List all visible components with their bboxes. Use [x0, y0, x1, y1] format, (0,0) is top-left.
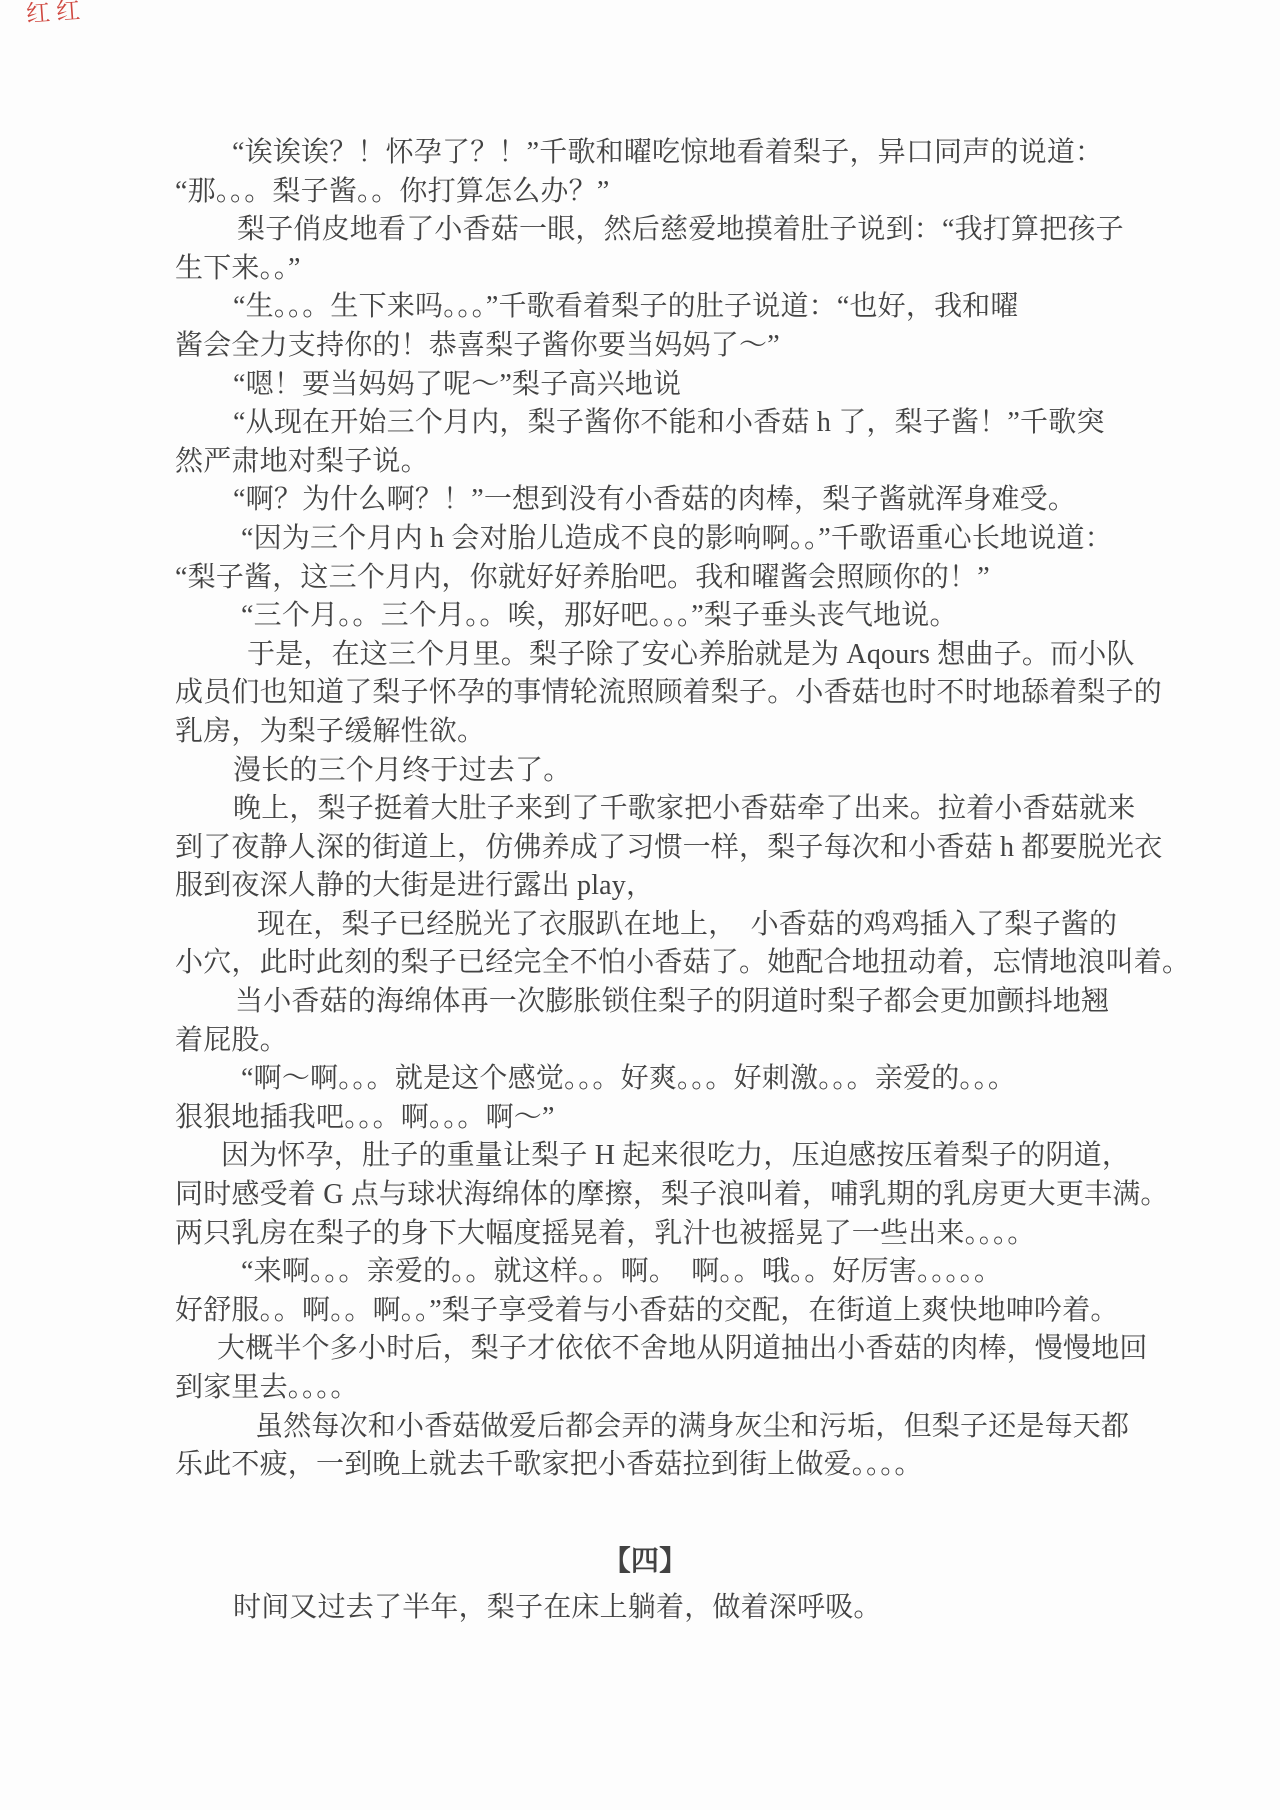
text-line: 晚上，梨子挺着大肚子来到了千歌家把小香菇牵了出来。拉着小香菇就来	[175, 790, 1115, 829]
text-line: 大概半个多小时后，梨子才依依不舍地从阴道抽出小香菇的肉棒，慢慢地回	[175, 1330, 1115, 1369]
text-line: 乳房，为梨子缓解性欲。	[175, 713, 1115, 752]
text-line: 到了夜静人深的街道上，仿佛养成了习惯一样，梨子每次和小香菇 h 都要脱光衣	[175, 829, 1115, 868]
text-line: 成员们也知道了梨子怀孕的事情轮流照顾着梨子。小香菇也时不时地舔着梨子的	[175, 674, 1115, 713]
text-line: 酱会全力支持你的！恭喜梨子酱你要当妈妈了～”	[175, 327, 1115, 366]
text-line: 现在，梨子已经脱光了衣服趴在地上， 小香菇的鸡鸡插入了梨子酱的	[175, 906, 1115, 945]
text-line: 狠狠地插我吧。。。啊。。。啊～”	[175, 1099, 1115, 1138]
document-body: “诶诶诶？！怀孕了？！”千歌和曜吃惊地看着梨子，异口同声的说道：“那。。。梨子酱…	[175, 134, 1115, 1628]
text-line: 着屁股。	[175, 1022, 1115, 1061]
text-line: “因为三个月内 h 会对胎儿造成不良的影响啊。。”千歌语重心长地说道：	[175, 520, 1115, 559]
text-line: “从现在开始三个月内，梨子酱你不能和小香菇 h 了，梨子酱！”千歌突	[175, 404, 1115, 443]
text-line: 同时感受着 G 点与球状海绵体的摩擦，梨子浪叫着，哺乳期的乳房更大更丰满。	[175, 1176, 1115, 1215]
text-line: 然严肃地对梨子说。	[175, 443, 1115, 482]
text-line: 小穴，此时此刻的梨子已经完全不怕小香菇了。她配合地扭动着，忘情地浪叫着。	[175, 944, 1115, 983]
text-line: 漫长的三个月终于过去了。	[175, 752, 1115, 791]
text-line: 到家里去。。。。	[175, 1369, 1115, 1408]
text-line: “梨子酱，这三个月内，你就好好养胎吧。我和曜酱会照顾你的！”	[175, 559, 1115, 598]
text-line: 生下来。。”	[175, 250, 1115, 289]
document-page: 红红 “诶诶诶？！怀孕了？！”千歌和曜吃惊地看着梨子，异口同声的说道：“那。。。…	[0, 0, 1280, 1810]
text-line: 乐此不疲，一到晚上就去千歌家把小香菇拉到街上做爱。。。。	[175, 1446, 1115, 1485]
text-line: 好舒服。。啊。。啊。。”梨子享受着与小香菇的交配，在街道上爽快地呻吟着。	[175, 1292, 1115, 1331]
text-line: 梨子俏皮地看了小香菇一眼，然后慈爱地摸着肚子说到：“我打算把孩子	[175, 211, 1115, 250]
text-line: “生。。。生下来吗。。。”千歌看着梨子的肚子说道：“也好，我和曜	[175, 288, 1115, 327]
text-line: 因为怀孕，肚子的重量让梨子 H 起来很吃力，压迫感按压着梨子的阴道，	[175, 1137, 1115, 1176]
text-line: “来啊。。。亲爱的。。就这样。。啊。 啊。。哦。。好厉害。。。。。	[175, 1253, 1115, 1292]
text-line: “诶诶诶？！怀孕了？！”千歌和曜吃惊地看着梨子，异口同声的说道：	[175, 134, 1115, 173]
text-line: 服到夜深人静的大街是进行露出 play，	[175, 867, 1115, 906]
text-line: 虽然每次和小香菇做爱后都会弄的满身灰尘和污垢，但梨子还是每天都	[175, 1408, 1115, 1447]
text-line: 时间又过去了半年，梨子在床上躺着，做着深呼吸。	[175, 1589, 1115, 1628]
text-line: 两只乳房在梨子的身下大幅度摇晃着，乳汁也被摇晃了一些出来。。。。	[175, 1215, 1115, 1254]
text-line: “啊～啊。。。就是这个感觉。。。好爽。。。好刺激。。。亲爱的。。。	[175, 1060, 1115, 1099]
text-line: “三个月。。三个月。。唉，那好吧。。。”梨子垂头丧气地说。	[175, 597, 1115, 636]
text-line: “那。。。梨子酱。。你打算怎么办？”	[175, 173, 1115, 212]
text-line: “啊？为什么啊？！”一想到没有小香菇的肉棒，梨子酱就浑身难受。	[175, 481, 1115, 520]
text-line: 于是，在这三个月里。梨子除了安心养胎就是为 Aqours 想曲子。而小队	[175, 636, 1115, 675]
red-annotation-mark: 红红	[25, 0, 87, 29]
text-line: “嗯！要当妈妈了呢～”梨子高兴地说	[175, 366, 1115, 405]
section-heading: 【四】	[175, 1543, 1115, 1582]
text-line: 当小香菇的海绵体再一次膨胀锁住梨子的阴道时梨子都会更加颤抖地翘	[175, 983, 1115, 1022]
